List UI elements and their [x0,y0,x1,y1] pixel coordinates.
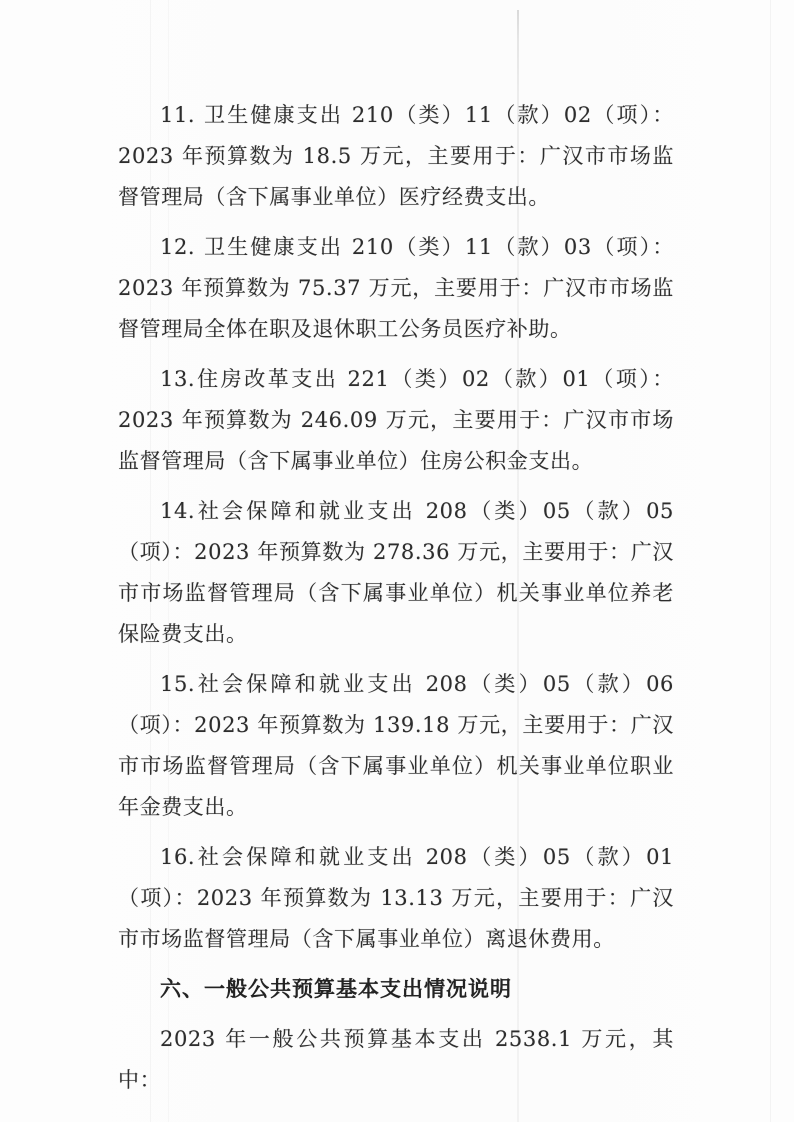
budget-item-12-paragraph: 12. 卫生健康支出 210（类）11（款）03（项）：2023 年预算数为 7… [118,227,674,350]
budget-item-16-paragraph: 16.社会保障和就业支出 208（类）05（款）01（项）：2023 年预算数为… [118,837,674,960]
budget-item-14-paragraph: 14.社会保障和就业支出 208（类）05（款）05（项）：2023 年预算数为… [118,491,674,655]
budget-item-11-paragraph: 11. 卫生健康支出 210（类）11（款）02（项）：2023 年预算数为 1… [118,95,674,218]
scanned-document-page: 11. 卫生健康支出 210（类）11（款）02（项）：2023 年预算数为 1… [0,0,794,1122]
budget-item-15-paragraph: 15.社会保障和就业支出 208（类）05（款）06（项）：2023 年预算数为… [118,664,674,828]
section-heading: 六、一般公共预算基本支出情况说明 [118,969,674,1010]
budget-item-13-paragraph: 13.住房改革支出 221（类）02（款）01（项）：2023 年预算数为 24… [118,359,674,482]
document-content: 11. 卫生健康支出 210（类）11（款）02（项）：2023 年预算数为 1… [118,95,674,1110]
closing-line: 2023 年一般公共预算基本支出 2538.1 万元，其中： [118,1019,674,1101]
scan-streak [770,0,771,1122]
